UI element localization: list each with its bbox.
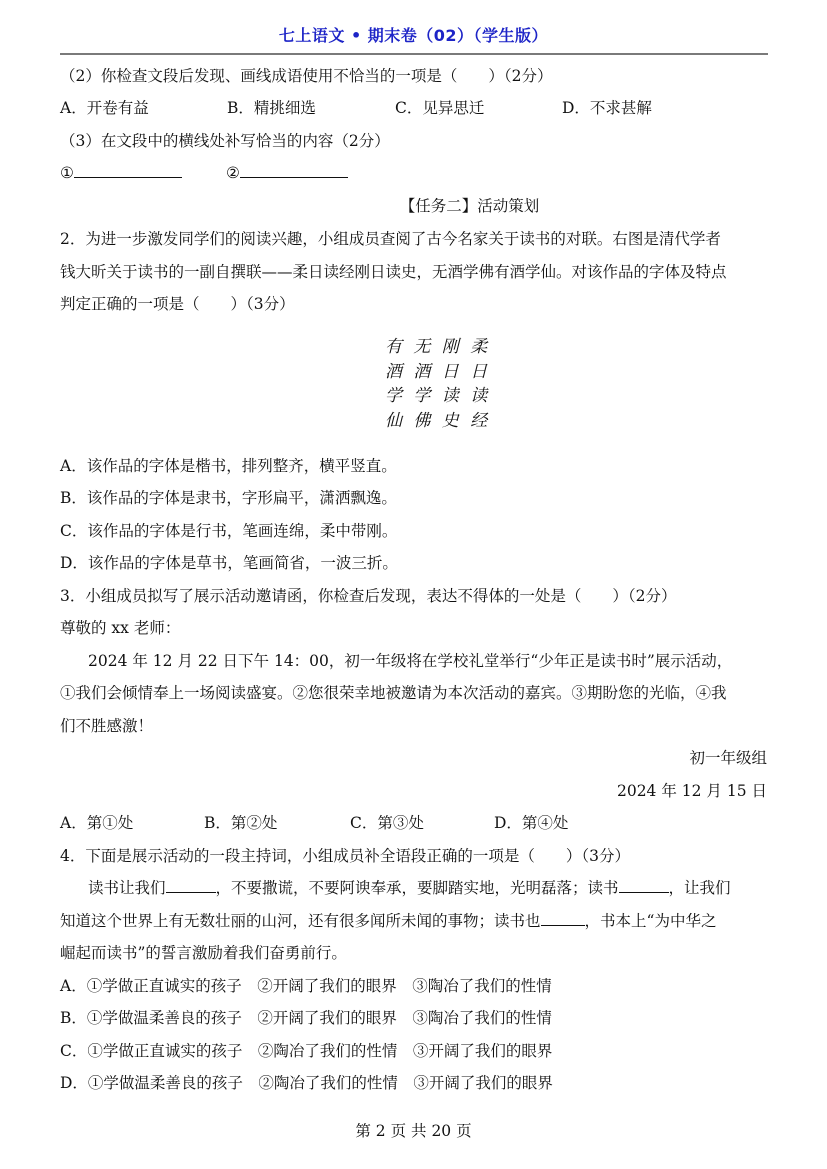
letter-body-line-1: 2024 年 12 月 22 日下午 14：00，初一年级将在学校礼堂举行“少年…	[88, 651, 732, 671]
passage-text: 知道这个世界上有无数壮丽的山河，还有很多闻所未闻的事物；读书也	[60, 912, 541, 930]
q2-option-b[interactable]: B．该作品的字体是隶书，字形扁平，潇洒飘逸。	[60, 488, 397, 508]
letter-date: 2024 年 12 月 15 日	[617, 781, 767, 801]
q3-option-d[interactable]: D．第④处	[494, 813, 568, 833]
calligraphy-couplet-image: 有 无 刚 柔 酒 酒 日 日 学 学 读 读 仙 佛 史 经	[385, 335, 475, 433]
letter-body-line-3: 们不胜感激！	[60, 716, 153, 736]
letter-body-line-2: ①我们会倾情奉上一场阅读盛宴。②您很荣幸地被邀请为本次活动的嘉宾。③期盼您的光临…	[60, 683, 727, 703]
blank-line-1[interactable]	[74, 163, 182, 178]
passage-text: ，不要撒谎，不要阿谀奉承，要脚踏实地，光明磊落；读书	[216, 879, 619, 897]
question-3-stem: 3．小组成员拟写了展示活动邀请函，你检查后发现，表达不得体的一处是（ ）（2分）	[60, 586, 676, 606]
passage-line-2: 知道这个世界上有无数壮丽的山河，还有很多闻所未闻的事物；读书也，书本上“为中华之	[60, 911, 716, 931]
q1-2-option-a[interactable]: A．开卷有益	[60, 98, 149, 118]
question-2-stem-line-1: 2．为进一步激发同学们的阅读兴趣，小组成员查阅了古今名家关于读书的对联。右图是清…	[60, 229, 721, 249]
q2-option-a[interactable]: A．该作品的字体是楷书，排列整齐，横平竖直。	[60, 456, 397, 476]
calligraphy-row-4: 仙 佛 史 经	[385, 409, 475, 434]
question-1-2-stem: （2）你检查文段后发现、画线成语使用不恰当的一项是（ ）（2分）	[60, 66, 552, 86]
calligraphy-row-3: 学 学 读 读	[385, 384, 475, 409]
q1-2-option-c[interactable]: C．见异思迁	[395, 98, 484, 118]
question-2-stem-line-2: 钱大昕关于读书的一副自撰联——柔日读经刚日读史，无酒学佛有酒学仙。对该作品的字体…	[60, 262, 727, 282]
header-divider	[60, 53, 768, 55]
passage-line-3: 崛起而读书”的誓言激励着我们奋勇前行。	[60, 943, 347, 963]
calligraphy-row-1: 有 无 刚 柔	[385, 335, 475, 360]
blank-marker-1: ①	[60, 164, 74, 182]
blank-line-2[interactable]	[240, 163, 348, 178]
question-2-stem-line-3: 判定正确的一项是（ ）（3分）	[60, 294, 295, 314]
q3-option-b[interactable]: B．第②处	[204, 813, 277, 833]
letter-salutation: 尊敬的 xx 老师：	[60, 618, 180, 638]
passage-blank-3	[541, 911, 585, 926]
question-4-stem: 4．下面是展示活动的一段主持词，小组成员补全语段正确的一项是（ ）（3分）	[60, 846, 630, 866]
letter-signature: 初一年级组	[689, 748, 767, 768]
document-header-title: 七上语文 • 期末卷（02）（学生版）	[0, 23, 827, 46]
answer-blank-1[interactable]: ①	[60, 163, 182, 183]
calligraphy-row-2: 酒 酒 日 日	[385, 360, 475, 385]
passage-blank-1	[166, 878, 216, 893]
q1-2-option-d[interactable]: D．不求甚解	[562, 98, 652, 118]
blank-marker-2: ②	[226, 164, 240, 182]
q4-option-d[interactable]: D．①学做温柔善良的孩子 ②陶冶了我们的性情 ③开阔了我们的眼界	[60, 1073, 553, 1093]
q1-2-option-b[interactable]: B．精挑细选	[227, 98, 316, 118]
q4-option-a[interactable]: A．①学做正直诚实的孩子 ②开阔了我们的眼界 ③陶冶了我们的性情	[60, 976, 552, 996]
q3-option-a[interactable]: A．第①处	[60, 813, 133, 833]
page-number-footer: 第 2 页 共 20 页	[0, 1119, 827, 1141]
passage-blank-2	[619, 878, 669, 893]
passage-line-1: 读书让我们，不要撒谎，不要阿谀奉承，要脚踏实地，光明磊落；读书，让我们	[88, 878, 731, 898]
q2-option-d[interactable]: D．该作品的字体是草书，笔画简省，一波三折。	[60, 553, 398, 573]
task-2-heading: 【任务二】活动策划	[0, 196, 827, 216]
q4-option-b[interactable]: B．①学做温柔善良的孩子 ②开阔了我们的眼界 ③陶冶了我们的性情	[60, 1008, 552, 1028]
passage-text: ，书本上“为中华之	[585, 912, 717, 930]
passage-text: 读书让我们	[88, 879, 166, 897]
q2-option-c[interactable]: C．该作品的字体是行书，笔画连绵，柔中带刚。	[60, 521, 397, 541]
q3-option-c[interactable]: C．第③处	[350, 813, 424, 833]
q4-option-c[interactable]: C．①学做正直诚实的孩子 ②陶冶了我们的性情 ③开阔了我们的眼界	[60, 1041, 552, 1061]
passage-text: ，让我们	[669, 879, 731, 897]
answer-blank-2[interactable]: ②	[226, 163, 348, 183]
question-1-3-stem: （3）在文段中的横线处补写恰当的内容（2分）	[60, 131, 390, 151]
